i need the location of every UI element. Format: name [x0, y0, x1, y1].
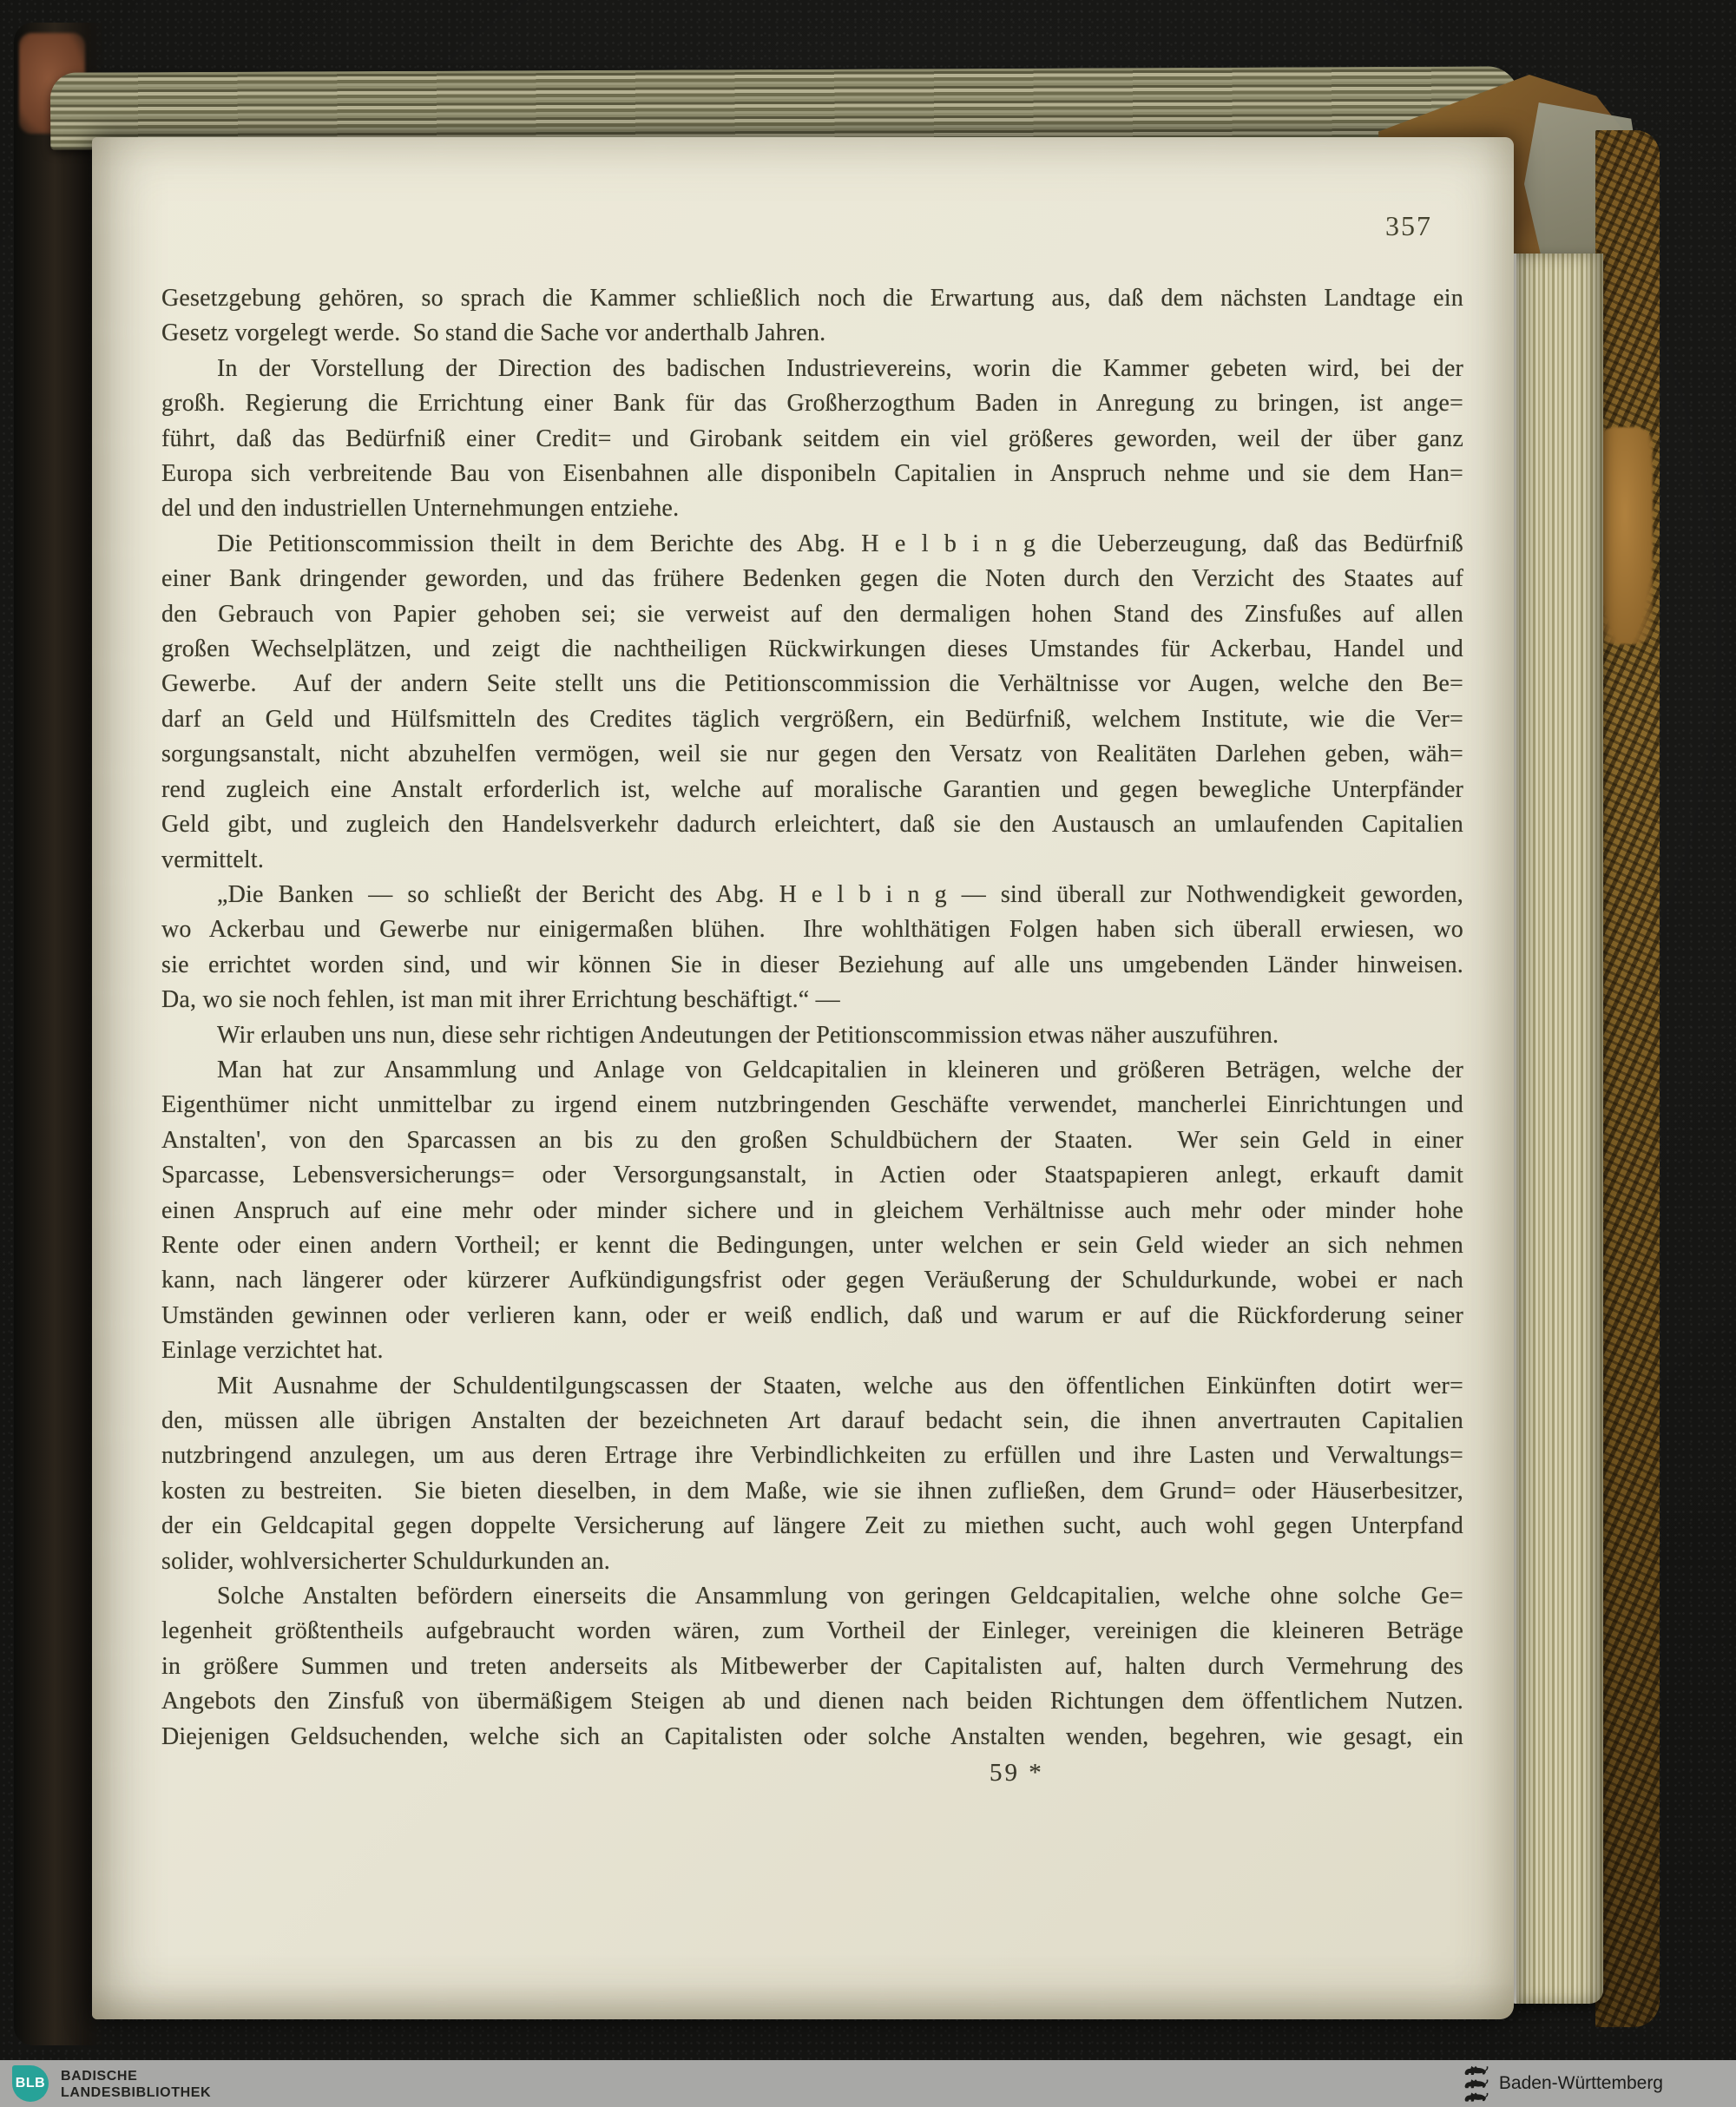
text-line: sie errichtet worden sind, und wir könne…: [161, 948, 1463, 983]
text-line: „Die Banken — so schließt der Bericht de…: [161, 878, 1463, 912]
book-spine: [14, 23, 104, 2045]
text-line: Sparcasse, Lebensversicherungs= oder Ver…: [161, 1158, 1463, 1193]
library-name-line2: LANDESBIBLIOTHEK: [61, 2084, 211, 2101]
text-line: Umständen gewinnen oder verlieren kann, …: [161, 1299, 1463, 1333]
text-line: kosten zu bestreiten. Sie bieten dieselb…: [161, 1474, 1463, 1509]
text-line: großh. Regierung die Errichtung einer Ba…: [161, 386, 1463, 421]
text-line: Rente oder einen andern Vortheil; er ken…: [161, 1228, 1463, 1263]
text-line: Einlage verzichtet hat.: [161, 1333, 1463, 1368]
library-name-line1: BADISCHE: [61, 2068, 211, 2084]
text-block: Gesetzgebung gehören, so sprach die Kamm…: [161, 281, 1463, 1755]
text-line: Gewerbe. Auf der andern Seite stellt uns…: [161, 667, 1463, 701]
book-cover-worn-patch: [1597, 427, 1653, 644]
footer-bar: BLB BADISCHE LANDESBIBLIOTHEK: [0, 2060, 1736, 2107]
text-line: den, müssen alle übrigen Anstalten der b…: [161, 1404, 1463, 1439]
text-line: Gesetzgebung gehören, so sprach die Kamm…: [161, 281, 1463, 316]
book-cover-right: [1595, 130, 1660, 2027]
text-line: großen Wechselplätzen, und zeigt die nac…: [161, 632, 1463, 667]
text-line: legenheit größtentheils aufgebraucht wor…: [161, 1614, 1463, 1649]
text-line: Man hat zur Ansammlung und Anlage von Ge…: [161, 1053, 1463, 1088]
text-line: Europa sich verbreitende Bau von Eisenba…: [161, 457, 1463, 491]
text-line: wo Ackerbau und Gewerbe nur einigermaßen…: [161, 912, 1463, 947]
text-line: Geld gibt, und zugleich den Handelsverke…: [161, 807, 1463, 842]
blb-logo: BLB: [12, 2065, 49, 2102]
text-line: Angebots den Zinsfuß von übermäßigem Ste…: [161, 1684, 1463, 1719]
text-line: den Gebrauch von Papier gehoben sei; sie…: [161, 597, 1463, 632]
text-line: In der Vorstellung der Direction des bad…: [161, 352, 1463, 386]
text-line: einer Bank dringender geworden, und das …: [161, 562, 1463, 596]
state-branding: Baden-Württemberg: [1463, 2064, 1663, 2103]
baden-wuerttemberg-lions-icon: [1463, 2064, 1490, 2103]
text-line: einen Anspruch auf eine mehr oder minder…: [161, 1194, 1463, 1228]
text-line: Die Petitionscommission theilt in dem Be…: [161, 527, 1463, 562]
text-line: vermittelt.: [161, 843, 1463, 878]
text-line: Eigenthümer nicht unmittelbar zu irgend …: [161, 1088, 1463, 1123]
text-line: kann, nach längerer oder kürzerer Aufkün…: [161, 1263, 1463, 1298]
text-line: darf an Geld und Hülfsmitteln des Credit…: [161, 702, 1463, 737]
text-line: Anstalten', von den Sparcassen an bis zu…: [161, 1123, 1463, 1158]
text-line: sorgungsanstalt, nicht abzuhelfen vermög…: [161, 737, 1463, 772]
page-fore-edge: [1512, 253, 1603, 2004]
text-line: Mit Ausnahme der Schuldentilgungscassen …: [161, 1369, 1463, 1404]
text-line: Diejenigen Geldsuchenden, welche sich an…: [161, 1720, 1463, 1755]
text-line: in größere Summen und treten anderseits …: [161, 1649, 1463, 1684]
text-line: führt, daß das Bedürfniß einer Credit= u…: [161, 422, 1463, 457]
state-name: Baden-Württemberg: [1499, 2073, 1663, 2094]
text-line: rend zugleich eine Anstalt erforderlich …: [161, 773, 1463, 807]
text-line: del und den industriellen Unternehmungen…: [161, 491, 1463, 526]
text-line: der ein Geldcapital gegen doppelte Versi…: [161, 1509, 1463, 1544]
text-line: nutzbringend anzulegen, um aus deren Ert…: [161, 1439, 1463, 1473]
text-line: Gesetz vorgelegt werde. So stand die Sac…: [161, 316, 1463, 351]
text-line: solider, wohlversicherter Schuldurkunden…: [161, 1544, 1463, 1579]
page-number: 357: [1385, 210, 1432, 242]
text-line: Wir erlauben uns nun, diese sehr richtig…: [161, 1018, 1463, 1053]
text-line: Da, wo sie noch fehlen, ist man mit ihre…: [161, 983, 1463, 1017]
signature-mark: 59 *: [990, 1759, 1044, 1788]
text-line: Solche Anstalten befördern einerseits di…: [161, 1579, 1463, 1614]
library-name: BADISCHE LANDESBIBLIOTHEK: [61, 2068, 211, 2101]
scanned-book-page: 357 Gesetzgebung gehören, so sprach die …: [0, 0, 1736, 2107]
